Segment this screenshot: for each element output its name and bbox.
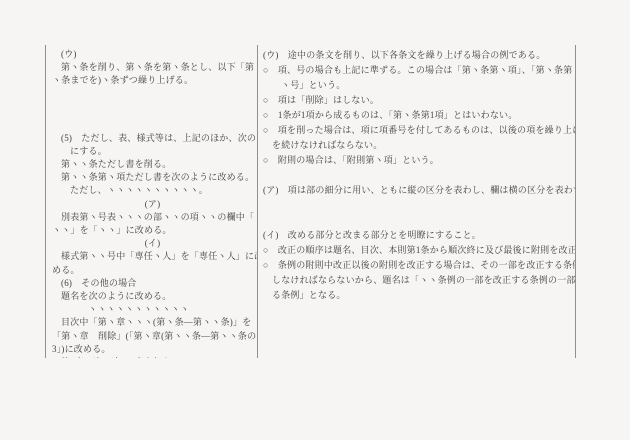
text-line: を続けなければならない。 [263,138,571,153]
text-line: ○ 1条が1項から成るものは、「第ヽ条第1項」とはいわない。 [263,108,571,123]
text-line: ヽ号」という。 [263,78,571,93]
text-line: ○ 条例の附則中改正以後の附則を改正する場合は、その一部を改正する条例を改正 [263,258,571,273]
text-line: しなければならないから、題名は「ヽヽ条例の一部を改正する条例の一部を改正す [263,273,571,288]
text-line: (ア) 項は部の細分に用い、ともに縦の区分を表わし、欄は横の区分を表わす。 [263,183,571,198]
text-line: ○ 項を削った場合は、項に項番号を付してあるものは、以後の項を繰り上げて番号 [263,123,571,138]
two-column-text-block: (ウ)第ヽ条を削り、第ヽ条を第ヽ条とし、以下「第ヽヽ条までを)ヽ条ずつ繰り上げる… [45,45,576,358]
text-line: 題名を次のように改める。 [52,290,253,303]
text-line: ○ 改正の順序は題名、目次、本則第1条から順次終に及び最後に附則を改正すること。 [263,243,571,258]
text-line: 様式第ヽヽ号中「専任ヽ人」を「専任ヽ人」に改 [52,250,253,263]
right-column: (ウ) 途中の条文を削り、以下各条文を繰り上げる場合の例である。○ 項、号の場合… [258,45,576,358]
text-line: 第ヽヽ条第ヽ項ただし書を次のように改める。 [52,171,253,184]
text-line: ヽヽヽヽヽヽヽヽヽヽヽ [52,303,253,316]
text-line: にする。 [52,145,253,158]
text-line: ○ 附則の場合は、「附則第ヽ項」という。 [263,153,571,168]
text-line: ただし、ヽヽヽヽヽヽヽヽヽヽ。 [52,184,253,197]
left-column: (ウ)第ヽ条を削り、第ヽ条を第ヽ条とし、以下「第ヽヽ条までを)ヽ条ずつ繰り上げる… [45,45,258,358]
text-line: (6) その他の場合 [52,277,253,290]
text-line: 第ヽ条を削り、第ヽ条を第ヽ条とし、以下「第ヽ [52,61,253,74]
text-line: ○ 項、号の場合も上記に準ずる。この場合は「第ヽ条第ヽ項」、「第ヽ条第ヽ項第 [263,63,571,78]
text-line: ヽ条までを)ヽ条ずつ繰り上げる。 [52,74,253,87]
text-line: ○ 項は「削除」はしない。 [263,93,571,108]
text-line: める。 [52,264,253,277]
text-line: (ア) [52,198,253,211]
text-line: ヽヽ」を「ヽヽ」に改める。 [52,224,253,237]
text-line: (イ) [52,237,253,250]
text-line: 3」)に改める。 [52,343,253,356]
text-line: 第ヽヽ条ただし書を削る。 [52,158,253,171]
scanned-document-page: (ウ)第ヽ条を削り、第ヽ条を第ヽ条とし、以下「第ヽヽ条までを)ヽ条ずつ繰り上げる… [0,0,630,440]
text-line: (ウ) 途中の条文を削り、以下各条文を繰り上げる場合の例である。 [263,48,571,63]
text-line: (イ) 改める部分と改まる部分とを明瞭にすること。 [263,228,571,243]
text-line: (ウ) [52,48,253,61]
text-line: 第1章の次に次の1章を加える。 [52,356,253,358]
text-line: 「第ヽ章 削除」(「第ヽ章(第ヽヽ条―第ヽヽ条の [52,330,253,343]
text-line: (5) ただし、表、様式等は、上記のほか、次のよう [52,132,253,145]
text-line: る条例」となる。 [263,288,571,303]
text-line: 別表第ヽ号表ヽヽヽの部ヽヽの項ヽヽの欄中「ヽ [52,211,253,224]
text-line: 目次中「第ヽ章ヽヽヽ(第ヽ条―第ヽヽ条)」を [52,316,253,329]
